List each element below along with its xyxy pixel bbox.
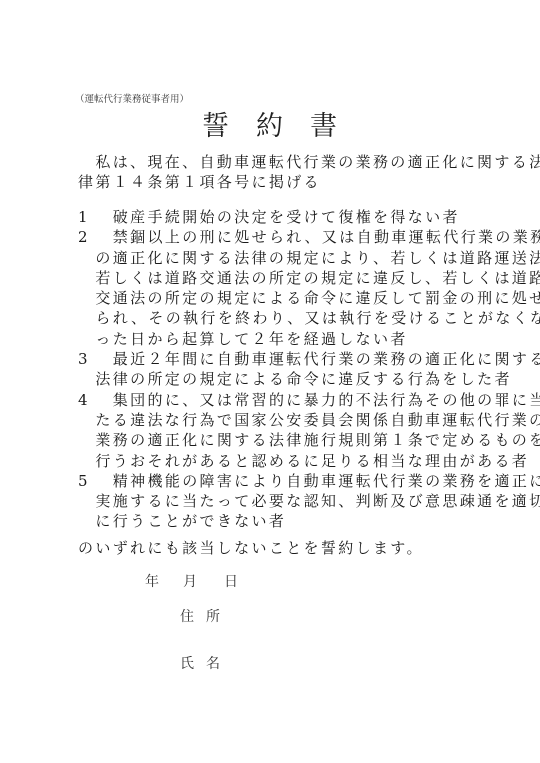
month-label: 月: [183, 571, 197, 591]
item-text-continuation: った日から起算して２年を経過しない者: [78, 329, 464, 349]
name-label-char: 氏: [180, 653, 194, 673]
item-number: 4: [78, 390, 113, 410]
usage-note: （運転代行業務従事者用）: [75, 91, 189, 105]
document-title: 誓 約 書: [202, 104, 364, 143]
intro-line: 私は、現在、自動車運転代行業の業務の適正化に関する法: [78, 152, 464, 172]
item-text: 最近２年間に自動車運転代行業の業務の適正化に関する: [113, 350, 540, 368]
list-item-2: 2禁錮以上の刑に処せられ、又は自動車運転代行業の業務: [78, 227, 464, 247]
item-text-continuation: の適正化に関する法律の規定により、若しくは道路運送法: [78, 248, 464, 268]
item-number: 2: [78, 227, 113, 247]
disqualification-list: 1破産手続開始の決定を受けて復権を得ない者 2禁錮以上の刑に処せられ、又は自動車…: [78, 207, 464, 532]
item-text-continuation: たる違法な行為で国家公安委員会関係自動車運転代行業の: [78, 410, 464, 430]
name-field: 氏 名: [0, 653, 540, 673]
list-item-1: 1破産手続開始の決定を受けて復権を得ない者: [78, 207, 464, 227]
item-text-continuation: 業務の適正化に関する法律施行規則第１条で定めるものを: [78, 430, 464, 450]
year-label: 年: [145, 571, 159, 591]
date-field: 年 月 日: [0, 571, 540, 591]
closing-statement: のいずれにも該当しないことを誓約します。: [78, 537, 424, 558]
name-label-char: 名: [206, 653, 220, 673]
list-item-4: 4集団的に、又は常習的に暴力的不法行為その他の罪に当: [78, 390, 464, 410]
item-text-continuation: 行うおそれがあると認めるに足りる相当な理由がある者: [78, 451, 464, 471]
item-text-continuation: 交通法の所定の規定による命令に違反して罰金の刑に処せ: [78, 288, 464, 308]
item-text-continuation: 実施するに当たって必要な認知、判断及び意思疎通を適切: [78, 491, 464, 511]
title-char: 誓: [202, 104, 229, 143]
item-number: 5: [78, 471, 113, 491]
intro-line: 律第１４条第１項各号に掲げる: [78, 172, 464, 192]
item-text-continuation: に行うことができない者: [78, 511, 464, 531]
item-text: 禁錮以上の刑に処せられ、又は自動車運転代行業の業務: [113, 228, 540, 246]
day-label: 日: [224, 571, 238, 591]
item-number: 3: [78, 349, 113, 369]
item-text: 集団的に、又は常習的に暴力的不法行為その他の罪に当: [113, 391, 540, 409]
pledge-document-page: （運転代行業務従事者用） 誓 約 書 私は、現在、自動車運転代行業の業務の適正化…: [0, 0, 540, 763]
item-text: 破産手続開始の決定を受けて復権を得ない者: [113, 208, 460, 226]
item-text-continuation: られ、その執行を終わり、又は執行を受けることがなくな: [78, 308, 464, 328]
item-text-continuation: 法律の所定の規定による命令に違反する行為をした者: [78, 369, 464, 389]
address-label-char: 住: [180, 606, 194, 626]
address-label-char: 所: [206, 606, 220, 626]
item-number: 1: [78, 207, 113, 227]
list-item-3: 3最近２年間に自動車運転代行業の業務の適正化に関する: [78, 349, 464, 369]
list-item-5: 5精神機能の障害により自動車運転代行業の業務を適正に: [78, 471, 464, 491]
address-field: 住 所: [0, 606, 540, 626]
title-char: 約: [256, 104, 283, 143]
item-text-continuation: 若しくは道路交通法の所定の規定に違反し、若しくは道路: [78, 268, 464, 288]
item-text: 精神機能の障害により自動車運転代行業の業務を適正に: [113, 472, 540, 490]
title-char: 書: [310, 104, 337, 143]
intro-paragraph: 私は、現在、自動車運転代行業の業務の適正化に関する法 律第１４条第１項各号に掲げ…: [78, 152, 464, 193]
